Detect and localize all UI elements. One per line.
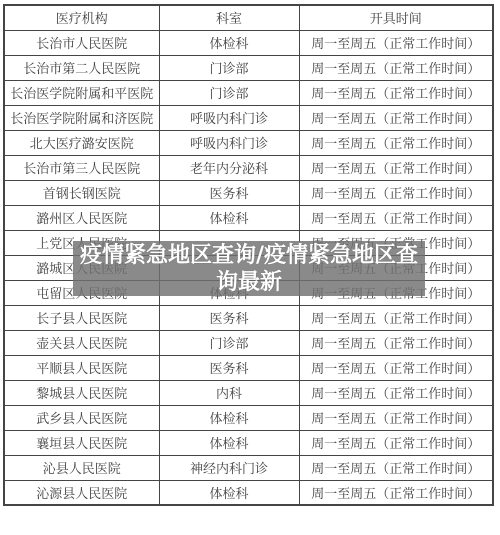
cell-department: 体检科 bbox=[159, 30, 299, 55]
table-row: 潞州区人民医院体检科周一至周五（正常工作时间） bbox=[4, 205, 493, 230]
cell-department: 体检科 bbox=[159, 430, 299, 455]
cell-time: 周一至周五（正常工作时间） bbox=[299, 305, 493, 330]
cell-time: 周一至周五（正常工作时间） bbox=[299, 55, 493, 80]
cell-time: 周一至周五（正常工作时间） bbox=[299, 355, 493, 380]
table-row: 武乡县人民医院体检科周一至周五（正常工作时间） bbox=[4, 405, 493, 430]
column-header-department: 科室 bbox=[159, 5, 299, 30]
cell-time: 周一至周五（正常工作时间） bbox=[299, 405, 493, 430]
table-row: 黎城县人民医院内科周一至周五（正常工作时间） bbox=[4, 380, 493, 405]
cell-institution: 壶关县人民医院 bbox=[4, 330, 159, 355]
cell-institution: 长治市第三人民医院 bbox=[4, 155, 159, 180]
cell-institution: 长治市第二人民医院 bbox=[4, 55, 159, 80]
cell-institution: 黎城县人民医院 bbox=[4, 380, 159, 405]
watermark-text-line1: 疫情紧急地区查询/疫情紧急地区查 bbox=[80, 242, 418, 269]
cell-department: 医务科 bbox=[159, 355, 299, 380]
cell-institution: 首钢长钢医院 bbox=[4, 180, 159, 205]
page: 医疗机构 科室 开具时间 长治市人民医院体检科周一至周五（正常工作时间）长治市第… bbox=[0, 0, 500, 535]
cell-institution: 北大医疗潞安医院 bbox=[4, 130, 159, 155]
watermark-overlay: 疫情紧急地区查询/疫情紧急地区查 询最新 bbox=[73, 241, 425, 296]
cell-department: 神经内科门诊 bbox=[159, 455, 299, 480]
cell-time: 周一至周五（正常工作时间） bbox=[299, 205, 493, 230]
cell-time: 周一至周五（正常工作时间） bbox=[299, 80, 493, 105]
cell-time: 周一至周五（正常工作时间） bbox=[299, 430, 493, 455]
cell-time: 周一至周五（正常工作时间） bbox=[299, 455, 493, 480]
cell-institution: 沁源县人民医院 bbox=[4, 480, 159, 505]
cell-department: 体检科 bbox=[159, 405, 299, 430]
table-row: 平顺县人民医院医务科周一至周五（正常工作时间） bbox=[4, 355, 493, 380]
table-row: 壶关县人民医院门诊部周一至周五（正常工作时间） bbox=[4, 330, 493, 355]
cell-time: 周一至周五（正常工作时间） bbox=[299, 155, 493, 180]
cell-time: 周一至周五（正常工作时间） bbox=[299, 105, 493, 130]
table-row: 长治医学院附属和济医院呼吸内科门诊周一至周五（正常工作时间） bbox=[4, 105, 493, 130]
table-row: 沁县人民医院神经内科门诊周一至周五（正常工作时间） bbox=[4, 455, 493, 480]
table-row: 长治市人民医院体检科周一至周五（正常工作时间） bbox=[4, 30, 493, 55]
cell-department: 内科 bbox=[159, 380, 299, 405]
cell-time: 周一至周五（正常工作时间） bbox=[299, 30, 493, 55]
table-row: 长治市第二人民医院门诊部周一至周五（正常工作时间） bbox=[4, 55, 493, 80]
table-row: 襄垣县人民医院体检科周一至周五（正常工作时间） bbox=[4, 430, 493, 455]
cell-institution: 襄垣县人民医院 bbox=[4, 430, 159, 455]
table-row: 长治医学院附属和平医院门诊部周一至周五（正常工作时间） bbox=[4, 80, 493, 105]
cell-institution: 武乡县人民医院 bbox=[4, 405, 159, 430]
cell-time: 周一至周五（正常工作时间） bbox=[299, 480, 493, 505]
watermark-text-line2: 询最新 bbox=[216, 269, 282, 296]
cell-institution: 潞州区人民医院 bbox=[4, 205, 159, 230]
cell-institution: 长子县人民医院 bbox=[4, 305, 159, 330]
cell-institution: 沁县人民医院 bbox=[4, 455, 159, 480]
cell-department: 体检科 bbox=[159, 480, 299, 505]
cell-institution: 平顺县人民医院 bbox=[4, 355, 159, 380]
cell-department: 门诊部 bbox=[159, 80, 299, 105]
cell-department: 老年内分泌科 bbox=[159, 155, 299, 180]
cell-time: 周一至周五（正常工作时间） bbox=[299, 130, 493, 155]
cell-department: 医务科 bbox=[159, 305, 299, 330]
cell-department: 体检科 bbox=[159, 205, 299, 230]
column-header-time: 开具时间 bbox=[299, 5, 493, 30]
cell-time: 周一至周五（正常工作时间） bbox=[299, 380, 493, 405]
cell-department: 门诊部 bbox=[159, 330, 299, 355]
cell-time: 周一至周五（正常工作时间） bbox=[299, 180, 493, 205]
table-row: 北大医疗潞安医院呼吸内科门诊周一至周五（正常工作时间） bbox=[4, 130, 493, 155]
cell-time: 周一至周五（正常工作时间） bbox=[299, 330, 493, 355]
cell-department: 呼吸内科门诊 bbox=[159, 105, 299, 130]
column-header-institution: 医疗机构 bbox=[4, 5, 159, 30]
table-header-row: 医疗机构 科室 开具时间 bbox=[4, 5, 493, 30]
table-row: 沁源县人民医院体检科周一至周五（正常工作时间） bbox=[4, 480, 493, 505]
cell-institution: 长治市人民医院 bbox=[4, 30, 159, 55]
table-row: 长治市第三人民医院老年内分泌科周一至周五（正常工作时间） bbox=[4, 155, 493, 180]
cell-institution: 长治医学院附属和平医院 bbox=[4, 80, 159, 105]
cell-institution: 长治医学院附属和济医院 bbox=[4, 105, 159, 130]
table-row: 首钢长钢医院医务科周一至周五（正常工作时间） bbox=[4, 180, 493, 205]
cell-department: 医务科 bbox=[159, 180, 299, 205]
cell-department: 门诊部 bbox=[159, 55, 299, 80]
cell-department: 呼吸内科门诊 bbox=[159, 130, 299, 155]
table-row: 长子县人民医院医务科周一至周五（正常工作时间） bbox=[4, 305, 493, 330]
